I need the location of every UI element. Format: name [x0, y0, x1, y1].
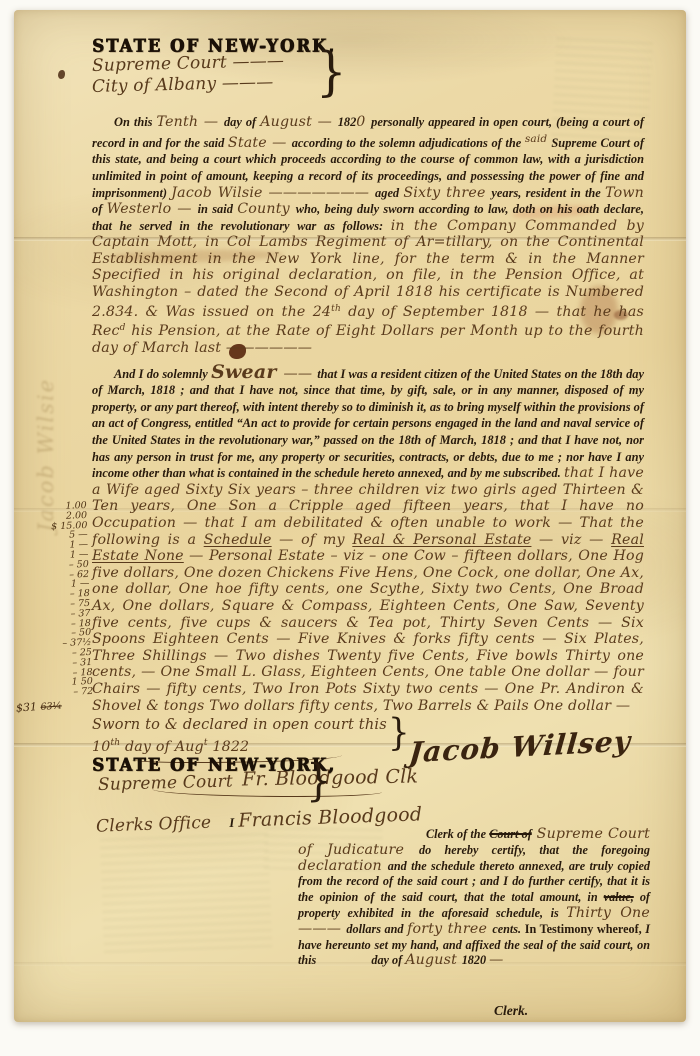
- text-segment-h: day of Aug: [120, 739, 204, 755]
- text-segment-h: Town: [605, 185, 644, 201]
- text-segment-h: State —: [228, 135, 292, 151]
- declaration-body: On this Tenth — day of August — 1820 per…: [92, 114, 644, 357]
- text-segment-ps: Court of: [489, 827, 532, 841]
- scanned-document-paper: Jacob Wilsie 1.002.00$ 15.005 —1 —1 —– 5…: [14, 10, 686, 1022]
- text-segment-p: of: [92, 202, 107, 216]
- printed-pronoun-i: I: [229, 815, 235, 830]
- margin-total-value: $31: [16, 700, 38, 714]
- declaration-section: STATE OF NEW-YORK, } Supreme Court ——— C…: [92, 36, 644, 797]
- sworn-line-1: Sworn to & declared in open court this: [92, 716, 402, 734]
- text-segment-p: 182: [338, 115, 357, 129]
- oath-paragraph: And I do solemnly Swear —— that I was a …: [92, 364, 644, 714]
- ink-spot: [58, 70, 65, 79]
- clerk-label: Clerk.: [494, 1003, 528, 1019]
- ghost-signature-vertical: Jacob Wilsie: [34, 272, 58, 532]
- text-segment-p: day of: [371, 953, 405, 967]
- venue-clerks-office: Clerks Office: [96, 813, 212, 837]
- text-segment-p: And I do solemnly: [114, 367, 211, 381]
- text-segment-h: ——: [284, 366, 318, 382]
- text-segment-p: Clerk of the: [426, 827, 489, 841]
- text-segment-h: his Pension, at the Rate of Eight Dollar…: [92, 324, 644, 357]
- venue-block: } Supreme Court ——— City of Albany ———: [92, 56, 644, 114]
- text-segment-h: — viz —: [531, 532, 611, 548]
- text-segment-p: in said: [198, 202, 238, 216]
- brace-glyph: }: [388, 714, 410, 751]
- text-segment-h: forty three: [407, 921, 492, 937]
- text-segment-p: day of: [224, 115, 260, 129]
- text-segment-h: August —: [260, 114, 337, 130]
- text-segment-h: 0: [356, 114, 371, 130]
- text-segment-h: declaration: [298, 858, 388, 874]
- text-segment-p: do hereby certify, that the foregoing: [419, 843, 650, 857]
- margin-total: $31 63¼: [16, 698, 63, 714]
- text-segment-h: — Personal Estate – viz – one Cow – fift…: [92, 548, 644, 713]
- certificate-section: STATE OF NEW-YORK, } Supreme Court Clerk…: [92, 755, 648, 1017]
- text-segment-p: On this: [114, 115, 157, 129]
- sworn-line-2: 10th day of Augt 1822: [92, 734, 402, 756]
- text-segment-p: 1820: [462, 953, 489, 967]
- text-segment-h: County: [237, 201, 296, 217]
- margin-amounts-column: 1.002.00$ 15.005 —1 —1 —– 50– 621 —– 18–…: [27, 501, 94, 699]
- text-segment-p: according to the solemn adjudications of…: [292, 136, 525, 150]
- certificate-body: Clerk of the Court of Supreme Court of J…: [298, 827, 650, 969]
- text-segment-p: aged: [375, 186, 403, 200]
- text-segment-pb: In Testimony whereof,: [525, 922, 646, 936]
- text-segment-h: 10: [92, 739, 110, 755]
- text-segment-hsup: th: [110, 738, 120, 748]
- text-segment-hu: Real & Personal Estate: [352, 532, 531, 548]
- text-segment-h: Jacob Wilsie ———————: [171, 185, 375, 201]
- text-segment-h: —: [489, 952, 503, 968]
- margin-amount-row: – 72: [33, 687, 93, 699]
- text-segment-h: August: [405, 952, 462, 968]
- text-segment-p: dollars and: [346, 922, 407, 936]
- text-segment-h: Westerlo —: [107, 201, 198, 217]
- margin-total-struck: 63¼: [40, 700, 62, 712]
- text-segment-hbig: Swear: [211, 361, 283, 383]
- text-segment-h: — of my: [272, 532, 353, 548]
- text-segment-ps: value,: [604, 890, 634, 904]
- text-segment-p: that I was a resident citizen of the Uni…: [92, 367, 644, 481]
- text-segment-p: cents.: [492, 922, 524, 936]
- text-segment-hsup: th: [331, 304, 341, 314]
- text-segment-hu: Schedule: [204, 532, 272, 548]
- text-segment-p: years, resident in the: [491, 186, 605, 200]
- text-segment-h: Tenth —: [157, 114, 224, 130]
- text-segment-h: Sixty three: [403, 185, 491, 201]
- text-segment-sup: said: [525, 133, 552, 145]
- text-segment-h: 1822: [208, 739, 250, 755]
